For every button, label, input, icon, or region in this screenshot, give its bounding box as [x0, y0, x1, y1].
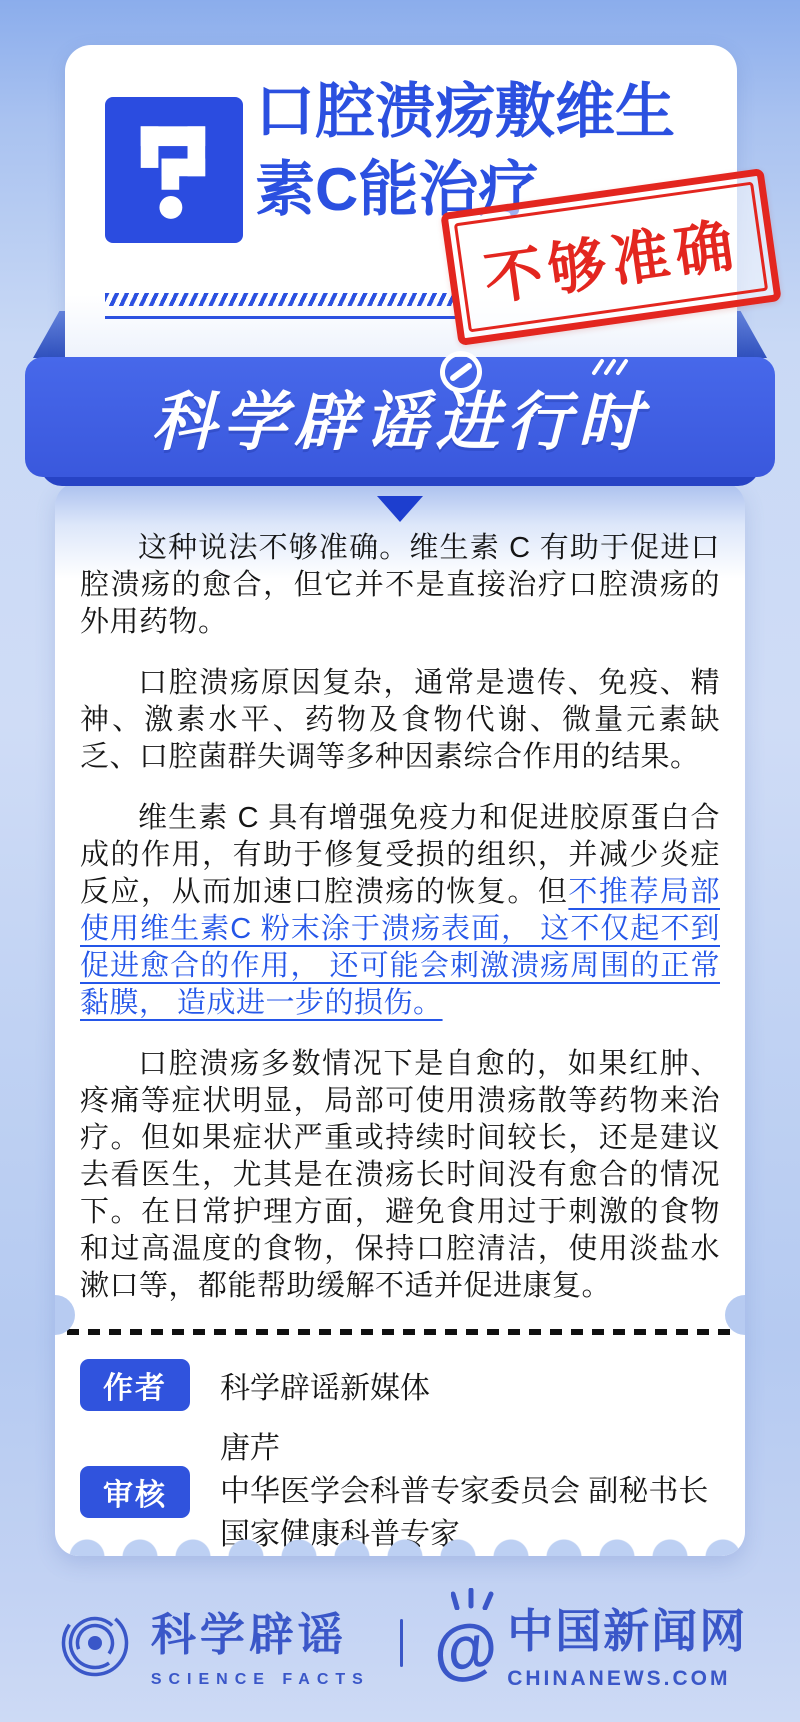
paragraph-2: 口腔溃疡原因复杂，通常是遗传、免疫、精神、激素水平、药物及食物代谢、微量元素缺乏…	[80, 665, 720, 776]
chinanews-logo: @ 中国新闻网 CHINANEWS.COM	[433, 1595, 747, 1691]
science-facts-name: 科学辟谣	[151, 1598, 347, 1663]
reviewer-label-badge: 审核	[80, 1466, 190, 1518]
science-facts-logo: 科学辟谣 SCIENCE FACTS	[53, 1598, 370, 1689]
question-mark-icon	[105, 97, 243, 243]
footer-divider	[400, 1619, 403, 1667]
hatch-stripe-decoration	[105, 293, 458, 306]
author-row: 作者 科学辟谣新媒体	[80, 1359, 720, 1411]
reviewer-title-1: 中华医学会科普专家委员会 副秘书长	[220, 1470, 708, 1513]
at-glyph: @	[428, 1606, 502, 1690]
reviewer-name: 唐芹	[220, 1427, 708, 1470]
chinanews-subtitle: CHINANEWS.COM	[507, 1667, 730, 1691]
underline-rule-decoration	[105, 316, 457, 319]
triangle-pointer-icon	[377, 496, 423, 522]
speed-lines-icon	[590, 355, 630, 379]
footer: 科学辟谣 SCIENCE FACTS @ 中国新闻网 CHINANEWS.COM	[0, 1578, 800, 1708]
verdict-stamp-text: 不够准确	[478, 198, 743, 317]
content-card: 这种说法不够准确。维生素 C 有助于促进口腔溃疡的愈合，但它并不是直接治疗口腔溃…	[55, 482, 745, 1556]
at-icon: @	[433, 1600, 497, 1686]
banner: 科学辟谣进行时	[25, 357, 775, 477]
poster-canvas: 口腔溃疡敷维生素C能治疗 不够准确 科学辟谣进行时 这种说法不够准确。维	[0, 0, 800, 1722]
paragraph-4: 口腔溃疡多数情况下是自愈的，如果红肿、疼痛等症状明显，局部可使用溃疡散等药物来治…	[80, 1046, 720, 1305]
dashed-separator	[67, 1329, 735, 1335]
banner-title: 科学辟谣进行时	[152, 386, 649, 458]
article: 这种说法不够准确。维生素 C 有助于促进口腔溃疡的愈合，但它并不是直接治疗口腔溃…	[80, 530, 720, 1305]
reviewer-row: 审核 唐芹 中华医学会科普专家委员会 副秘书长 国家健康科普专家	[80, 1427, 720, 1556]
author-label-badge: 作者	[80, 1359, 190, 1411]
credits-section: 作者 科学辟谣新媒体 审核 唐芹 中华医学会科普专家委员会 副秘书长 国家健康科…	[80, 1359, 720, 1556]
paragraph-1: 这种说法不够准确。维生素 C 有助于促进口腔溃疡的愈合，但它并不是直接治疗口腔溃…	[80, 530, 720, 641]
reviewer-value: 唐芹 中华医学会科普专家委员会 副秘书长 国家健康科普专家	[220, 1427, 708, 1556]
chinanews-name: 中国新闻网	[507, 1595, 747, 1661]
reviewer-title-2: 国家健康科普专家	[220, 1513, 708, 1556]
science-facts-subtitle: SCIENCE FACTS	[151, 1671, 370, 1689]
paragraph-3: 维生素 C 具有增强免疫力和促进胶原蛋白合成的作用，有助于修复受损的组织，并减少…	[80, 800, 720, 1022]
science-facts-logo-icon	[53, 1601, 137, 1685]
author-value: 科学辟谣新媒体	[220, 1363, 430, 1407]
